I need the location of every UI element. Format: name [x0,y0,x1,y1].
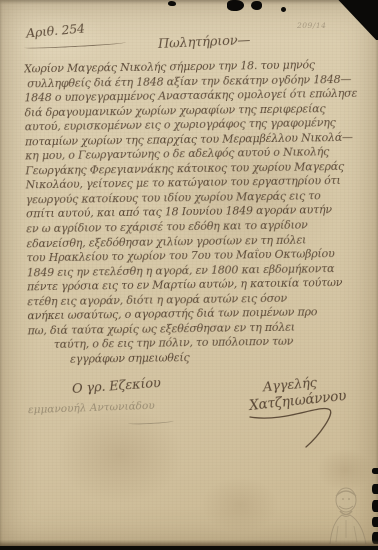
edge-tear-mark [372,500,378,512]
manuscript-scan: Αριθ. 254 209/14 Πωλητήριον— Χωρίον Μαγε… [0,0,378,550]
edge-tear-mark [372,517,378,527]
scan-bottom-edge [0,546,378,550]
ink-blot [251,1,262,10]
handwritten-body: Χωρίον Μαγεράς Νικολής σήμερον την 18. τ… [24,58,368,368]
edge-tear-mark [372,468,378,474]
edge-tear-mark [372,484,378,494]
portrait-stamp [322,482,372,546]
archive-pencil-note: 209/14 [297,21,326,30]
ink-blot [168,1,176,6]
ink-blot [281,7,286,12]
